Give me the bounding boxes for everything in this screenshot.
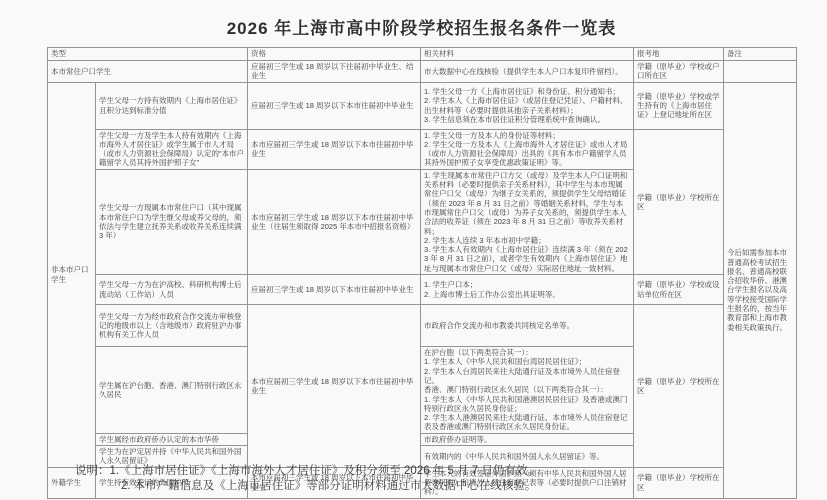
materials-cell-r1: 市大数据中心在线核验（提供学生本人户口本复印件留档）。 (421, 61, 634, 83)
qualification-cell-r3: 本市应届初三学生或 18 周岁以下本市往届初中毕业生 (248, 129, 421, 169)
type-cell-r5: 学生父母一方为在沪高校、科研机构博士后流动站（工作站）人员 (96, 275, 248, 305)
table-row: 本市常住户口学生 应届初三学生或 18 周岁以下往届初中毕业生、结业生 市大数据… (48, 61, 797, 83)
footnotes: 说明： 1.《上海市居住证》《上海市海外人才居住证》及积分须至 2026 年 5… (75, 464, 775, 493)
place-cell-r6-r9: 学籍（原毕业）学校所在区 (634, 305, 724, 468)
materials-cell-r7: 在沪台胞（以下两类符合其一）： 1. 学生本人《中华人民共和国台湾居民居住证》；… (421, 347, 634, 434)
type-group-nonlocal: 非本市户口学生 (48, 82, 96, 467)
column-header-place: 报考地 (634, 48, 724, 61)
materials-cell-r2: 1. 学生父母一方《上海市居住证》和身份证、积分通知书； 2. 学生本人《上海市… (421, 82, 634, 129)
footnote-line-2: 2. 本市户籍信息及《上海市居住证》等部分证明材料通过市大数据中心在线核验。 (75, 479, 775, 494)
remark-cell-r1 (724, 61, 797, 83)
footnote-label: 说明： (75, 464, 110, 479)
footnote-text-2: 2. 本市户籍信息及《上海市居住证》等部分证明材料通过市大数据中心在线核验。 (121, 479, 536, 494)
column-header-materials: 相关材料 (421, 48, 634, 61)
column-header-remarks: 备注 (724, 48, 797, 61)
qualification-cell-r1: 应届初三学生或 18 周岁以下往届初中毕业生、结业生 (248, 61, 421, 83)
place-cell-r5: 学籍（原毕业）学校或设站单位所在区 (634, 275, 724, 305)
qualification-cell-r2: 应届初三学生或 18 周岁以下本市往届初中毕业生 (248, 82, 421, 129)
page-title: 2026 年上海市高中阶段学校招生报名条件一览表 (47, 14, 796, 39)
table-row: 非本市户口学生 学生父母一方持有效期内《上海市居住证》且积分达到标准分值 应届初… (48, 82, 797, 129)
remark-cell-span: 今后如需参加本市普通高校考试招生报名、普通高校联合招收华侨、港澳台学生报名以及高… (724, 82, 797, 498)
enrollment-conditions-table: 类型 资格 相关材料 报考地 备注 本市常住户口学生 应届初三学生或 18 周岁… (47, 47, 797, 499)
place-cell-r2: 学籍（原毕业）学校或学生持有的《上海市居住证》上登记地址所在区 (634, 82, 724, 129)
type-cell-r7: 学生属在沪台胞、香港、澳门特别行政区永久居民 (96, 347, 248, 434)
place-cell-r1: 学籍（原毕业）学校或户口所在区 (634, 61, 724, 83)
document-page: 2026 年上海市高中阶段学校招生报名条件一览表 类型 资格 相关材料 报考地 … (0, 0, 827, 500)
qualification-cell-r5: 应届初三学生或 18 周岁以下本市往届初中毕业生 (248, 275, 421, 305)
column-header-type: 类型 (48, 48, 248, 61)
materials-cell-r8: 市政府侨办证明等。 (421, 433, 634, 445)
materials-cell-r3: 1. 学生父母一方及本人的身份证等材料； 2. 学生父母一方及本人《上海市海外人… (421, 129, 634, 169)
table-row: 学生父母一方及学生本人持有效期内《上海市海外人才居住证》或学生属于市人才局（或市… (48, 129, 797, 169)
type-cell-r4: 学生父母一方现属本市常住户口（其中现属本市常住户口为学生继父母或养父母的，须依法… (96, 169, 248, 274)
footnote-line-1: 说明： 1.《上海市居住证》《上海市海外人才居住证》及积分须至 2026 年 5… (75, 464, 775, 479)
type-cell-r6: 学生父母一方为经市政府合作交流办审核登记的地级市以上（含地级市）政府驻沪办事机构… (96, 305, 248, 347)
footnote-text-1: 1.《上海市居住证》《上海市海外人才居住证》及积分须至 2026 年 5 月 7… (110, 464, 539, 479)
column-header-qualification: 资格 (248, 48, 421, 61)
materials-cell-r6: 市政府合作交流办和市教委共同核定名单等。 (421, 305, 634, 347)
table-row: 学生父母一方为在沪高校、科研机构博士后流动站（工作站）人员 应届初三学生或 18… (48, 275, 797, 305)
qualification-cell-r6-r9: 本市应届初三学生或 18 周岁以下本市往届初中毕业生 (248, 305, 421, 468)
place-cell-r3-r4: 学籍（原毕业）学校所在区 (634, 129, 724, 274)
type-cell-local-residents: 本市常住户口学生 (48, 61, 248, 83)
materials-cell-r5: 1. 学生户口本； 2. 上海市博士后工作办公室出具证明等。 (421, 275, 634, 305)
type-cell-r3: 学生父母一方及学生本人持有效期内《上海市海外人才居住证》或学生属于市人才局（或市… (96, 129, 248, 169)
table-row: 学生父母一方为经市政府合作交流办审核登记的地级市以上（含地级市）政府驻沪办事机构… (48, 305, 797, 347)
qualification-cell-r4: 本市应届初三学生或 18 周岁以下本市往届初中毕业生（往届生须取得 2025 年… (248, 169, 421, 274)
table-header-row: 类型 资格 相关材料 报考地 备注 (48, 48, 797, 61)
type-cell-r8: 学生属经市政府侨办认定的本市华侨 (96, 433, 248, 445)
materials-cell-r4: 1. 学生现属本市常住户口方父（或母）及学生本人户口证明和关系材料（必要时提供亲… (421, 169, 634, 274)
type-cell-r2: 学生父母一方持有效期内《上海市居住证》且积分达到标准分值 (96, 82, 248, 129)
